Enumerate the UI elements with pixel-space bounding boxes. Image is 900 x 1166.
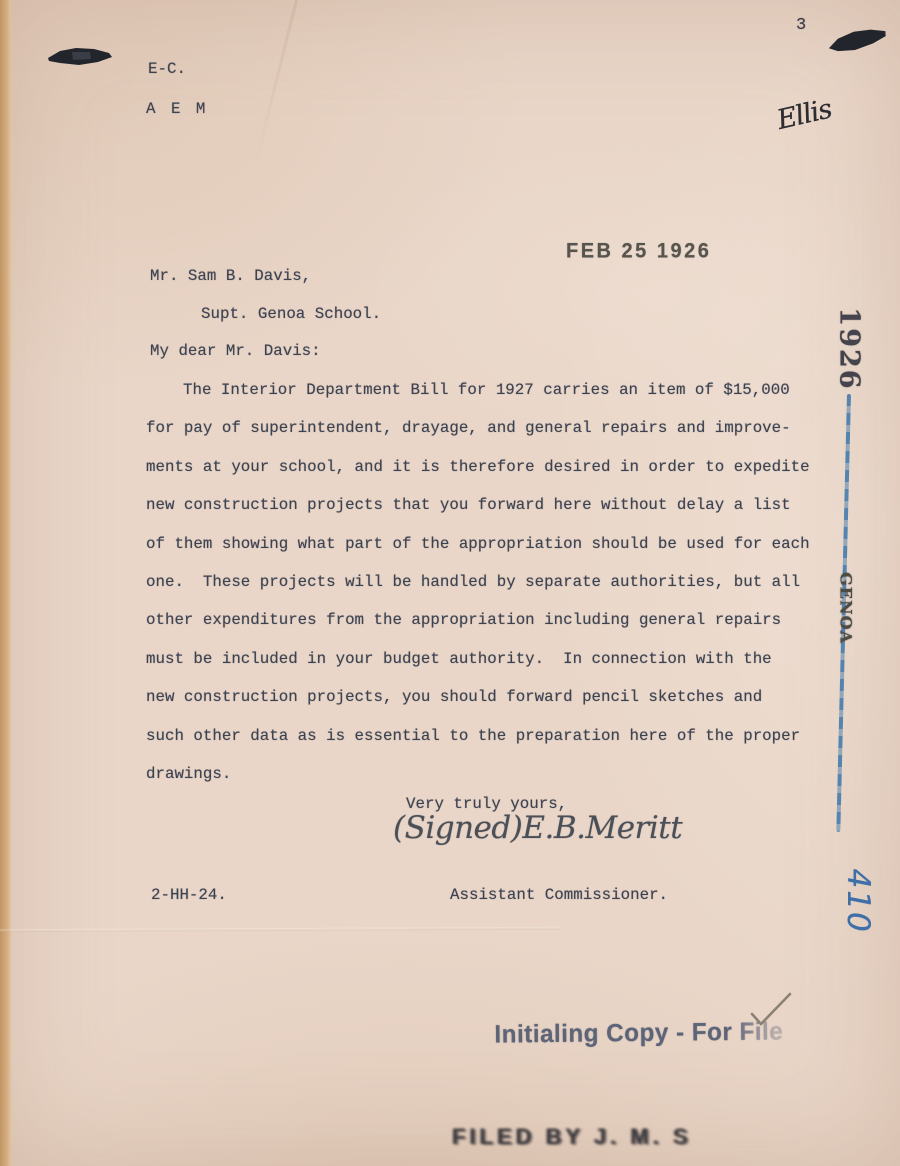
year-margin-stamp: 1926 bbox=[834, 307, 865, 390]
date-received-stamp: FEB 25 1926 bbox=[566, 239, 711, 264]
salutation: My dear Mr. Davis: bbox=[150, 342, 321, 360]
recipient-title: Supt. Genoa School. bbox=[201, 305, 381, 323]
filed-by-stamp: FILED BY J. M. S bbox=[452, 1124, 692, 1150]
recipient-name: Mr. Sam B. Davis, bbox=[150, 267, 311, 285]
typed-line: for pay of superintendent, drayage, and … bbox=[146, 409, 826, 447]
stamped-signature: (Signed)E.B.Meritt bbox=[393, 810, 682, 846]
typist-initials: A E M bbox=[146, 100, 208, 118]
typed-line: ments at your school, and it is therefor… bbox=[146, 448, 826, 486]
typed-line: must be included in your budget authorit… bbox=[146, 640, 826, 678]
paper-crease bbox=[0, 927, 560, 932]
page-left-edge bbox=[0, 0, 12, 1166]
letter-body: The Interior Department Bill for 1927 ca… bbox=[146, 371, 826, 793]
typed-line: The Interior Department Bill for 1927 ca… bbox=[146, 371, 826, 409]
typed-line: new construction projects that you forwa… bbox=[146, 486, 826, 524]
school-margin-stamp: GENOA bbox=[837, 572, 856, 644]
pencil-check-icon bbox=[748, 990, 796, 1030]
file-code: 2-HH-24. bbox=[151, 886, 227, 904]
handwritten-signature-top: Ellis bbox=[774, 79, 898, 136]
signer-title: Assistant Commissioner. bbox=[450, 886, 668, 904]
page-number: 3 bbox=[796, 16, 806, 35]
typed-line: drawings. bbox=[146, 755, 826, 793]
file-number-handwritten: 410 bbox=[840, 868, 876, 933]
initialing-copy-stamp: Initialing Copy - For File bbox=[494, 1017, 783, 1049]
typed-line: one. These projects will be handled by s… bbox=[146, 563, 826, 601]
staple-icon bbox=[46, 44, 114, 70]
typed-line: such other data as is essential to the p… bbox=[146, 717, 826, 755]
typed-line: of them showing what part of the appropr… bbox=[146, 525, 826, 563]
staple-icon bbox=[824, 21, 892, 62]
paper-crease bbox=[249, 0, 298, 185]
reference-code: E-C. bbox=[148, 60, 186, 78]
typed-line: new construction projects, you should fo… bbox=[146, 678, 826, 716]
scanned-letter-page: 3 E-C. A E M Ellis FEB 25 1926 Mr. Sam B… bbox=[0, 0, 900, 1166]
typed-line: other expenditures from the appropriatio… bbox=[146, 601, 826, 639]
